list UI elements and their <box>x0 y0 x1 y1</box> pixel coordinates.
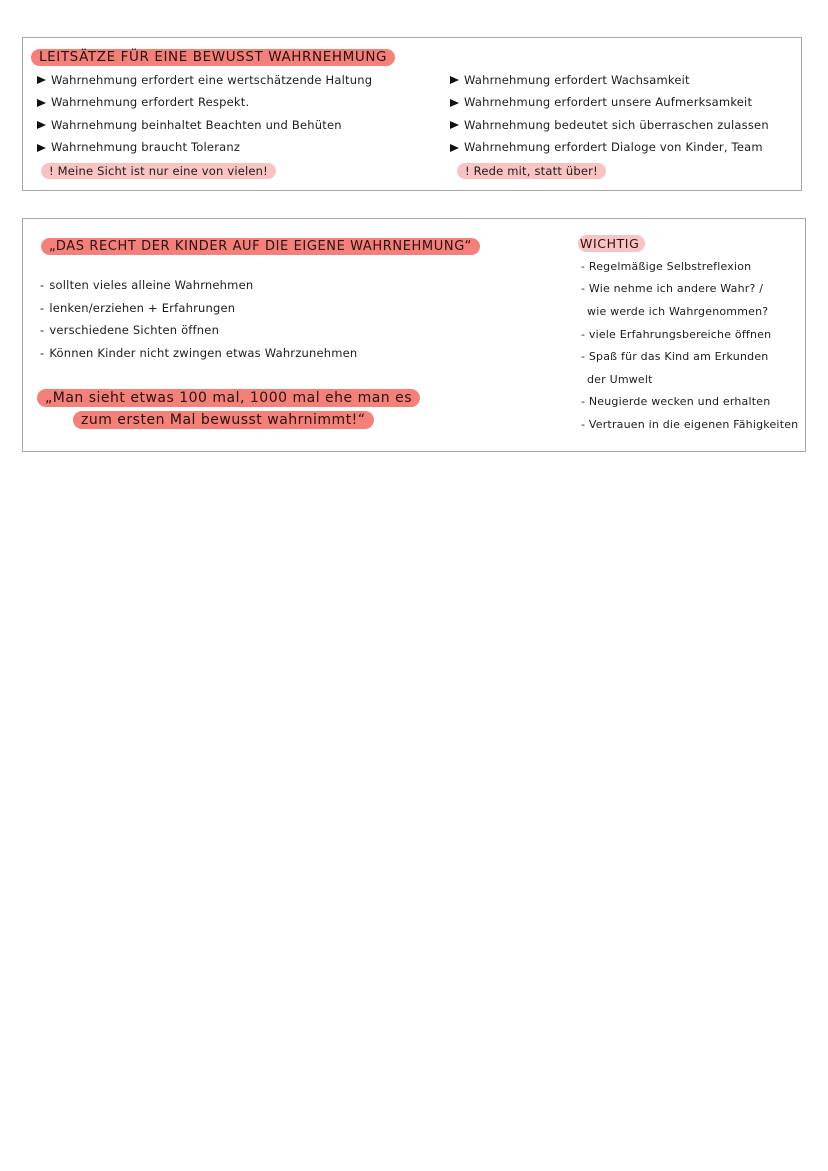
guidelines-left-list: Wahrnehmung erfordert eine wertschätzend… <box>37 69 372 159</box>
list-item: Wahrnehmung erfordert eine wertschätzend… <box>37 69 372 92</box>
dash-bullet: - <box>40 301 44 316</box>
list-item: Wahrnehmung beinhaltet Beachten und Behü… <box>37 114 372 137</box>
right-triangle-icon <box>37 144 46 152</box>
list-item: -verschiedene Sichten öffnen <box>40 320 357 343</box>
list-item-text: - Vertrauen in die eigenen Fähigkeiten <box>581 417 798 432</box>
important-list: - Regelmäßige Selbstreflexion- Wie nehme… <box>581 255 798 436</box>
quote-line-1: „Man sieht etwas 100 mal, 1000 mal ehe m… <box>37 389 420 407</box>
dash-bullet: - <box>40 323 44 338</box>
list-item: -Können Kinder nicht zwingen etwas Wahrz… <box>40 342 357 365</box>
dash-bullet: - <box>40 278 44 293</box>
list-item-text: sollten vieles alleine Wahrnehmen <box>49 278 253 293</box>
list-item: -lenken/erziehen + Erfahrungen <box>40 297 357 320</box>
list-item: - Vertrauen in die eigenen Fähigkeiten <box>581 413 798 436</box>
list-item-text: Wahrnehmung erfordert eine wertschätzend… <box>51 73 372 88</box>
list-item: Wahrnehmung braucht Toleranz <box>37 137 372 160</box>
quote-line-2-text: zum ersten Mal bewusst wahrnimmt!“ <box>73 411 374 429</box>
list-item-text: Wahrnehmung erfordert unsere Aufmerksamk… <box>464 95 752 110</box>
list-item-text: - Spaß für das Kind am Erkunden <box>581 349 768 364</box>
important-title-text: WICHTIG <box>578 235 645 252</box>
list-item: - Spaß für das Kind am Erkunden <box>581 345 798 368</box>
list-item-text: Wahrnehmung erfordert Wachsamkeit <box>464 73 690 88</box>
right-triangle-icon <box>450 121 459 129</box>
list-item: Wahrnehmung erfordert Respekt. <box>37 92 372 115</box>
list-item-text: Wahrnehmung erfordert Respekt. <box>51 95 249 110</box>
list-item: - Neugierde wecken und erhalten <box>581 391 798 414</box>
list-item: - viele Erfahrungsbereiche öffnen <box>581 323 798 346</box>
right-callout-text: ! Rede mit, statt über! <box>457 163 606 179</box>
right-triangle-icon <box>37 76 46 84</box>
list-item: - Wie nehme ich andere Wahr? / <box>581 278 798 301</box>
list-item-text: der Umwelt <box>587 372 653 387</box>
right-triangle-icon <box>450 99 459 107</box>
section1-title-text: LEITSÄTZE FÜR EINE BEWUSST WAHRNEHMUNG <box>31 49 395 66</box>
list-item: Wahrnehmung erfordert Dialoge von Kinder… <box>450 137 769 160</box>
section2-title-text: „DAS RECHT DER KINDER AUF DIE EIGENE WAH… <box>41 238 480 255</box>
list-item-text: Wahrnehmung braucht Toleranz <box>51 140 240 155</box>
guidelines-right-list: Wahrnehmung erfordert Wachsamkeit Wahrne… <box>450 69 769 159</box>
list-item-text: verschiedene Sichten öffnen <box>49 323 219 338</box>
list-item: - Regelmäßige Selbstreflexion <box>581 255 798 278</box>
left-callout-text: ! Meine Sicht ist nur eine von vielen! <box>41 163 276 179</box>
list-item-text: wie werde ich Wahrgenommen? <box>587 304 768 319</box>
right-triangle-icon <box>450 144 459 152</box>
list-item: Wahrnehmung bedeutet sich überraschen zu… <box>450 114 769 137</box>
guidelines-box: LEITSÄTZE FÜR EINE BEWUSST WAHRNEHMUNG W… <box>22 37 802 191</box>
list-item-text: - Neugierde wecken und erhalten <box>581 394 770 409</box>
list-item: wie werde ich Wahrgenommen? <box>581 300 798 323</box>
section2-title: „DAS RECHT DER KINDER AUF DIE EIGENE WAH… <box>41 238 480 255</box>
list-item-text: - Regelmäßige Selbstreflexion <box>581 259 751 274</box>
right-triangle-icon <box>450 76 459 84</box>
list-item-text: Wahrnehmung beinhaltet Beachten und Behü… <box>51 118 342 133</box>
quote-line-1-text: „Man sieht etwas 100 mal, 1000 mal ehe m… <box>37 389 420 407</box>
quote-line-2: zum ersten Mal bewusst wahrnimmt!“ <box>73 411 374 429</box>
list-item: Wahrnehmung erfordert Wachsamkeit <box>450 69 769 92</box>
section1-title: LEITSÄTZE FÜR EINE BEWUSST WAHRNEHMUNG <box>31 49 395 66</box>
children-perception-box: „DAS RECHT DER KINDER AUF DIE EIGENE WAH… <box>22 218 806 452</box>
list-item: -sollten vieles alleine Wahrnehmen <box>40 274 357 297</box>
list-item: der Umwelt <box>581 368 798 391</box>
left-callout: ! Meine Sicht ist nur eine von vielen! <box>41 163 276 179</box>
list-item-text: Wahrnehmung bedeutet sich überraschen zu… <box>464 118 769 133</box>
list-item-text: lenken/erziehen + Erfahrungen <box>49 301 235 316</box>
list-item-text: - viele Erfahrungsbereiche öffnen <box>581 327 771 342</box>
list-item-text: Wahrnehmung erfordert Dialoge von Kinder… <box>464 140 763 155</box>
right-triangle-icon <box>37 99 46 107</box>
right-triangle-icon <box>37 121 46 129</box>
important-title: WICHTIG <box>578 235 645 252</box>
right-callout: ! Rede mit, statt über! <box>457 163 606 179</box>
list-item-text: Können Kinder nicht zwingen etwas Wahrzu… <box>49 346 357 361</box>
children-rights-list: -sollten vieles alleine Wahrnehmen -lenk… <box>40 274 357 365</box>
list-item-text: - Wie nehme ich andere Wahr? / <box>581 281 763 296</box>
dash-bullet: - <box>40 346 44 361</box>
list-item: Wahrnehmung erfordert unsere Aufmerksamk… <box>450 92 769 115</box>
